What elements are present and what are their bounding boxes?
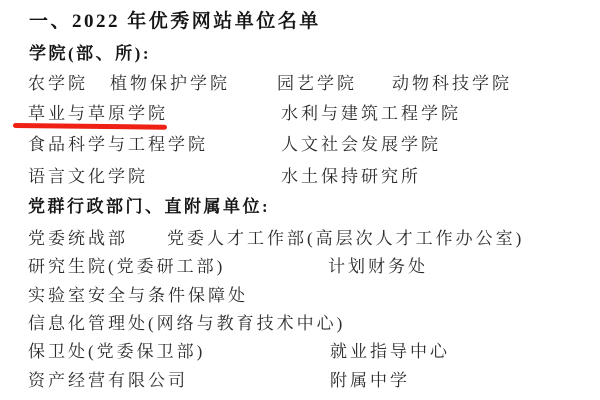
unit-name: 党委统战部 [28,227,128,251]
doc-title-line: 一、2022 年优秀网站单位名单 [0,10,600,34]
department-row: 信息化管理处(网络与教育技术中心) [0,312,600,336]
unit-name: 就业指导中心 [330,340,450,364]
unit-name: 水土保持研究所 [281,165,421,189]
unit-name: 人文社会发展学院 [281,133,441,157]
unit-name: 信息化管理处(网络与教育技术中心) [28,312,345,336]
unit-name: 实验室安全与条件保障处 [28,284,248,308]
department-row: 研究生院(党委研工部) 计划财务处 [0,255,600,279]
document-page: 一、2022 年优秀网站单位名单 学院(部、所): 农学院 植物保护学院 园艺学… [0,0,600,400]
departments-section-heading: 党群行政部门、直附属单位: [28,195,270,219]
unit-name-highlighted: 草业与草原学院 [28,102,168,126]
unit-name: 研究生院(党委研工部) [28,255,225,279]
unit-name: 园艺学院 [277,72,357,96]
college-row: 食品科学与工程学院 人文社会发展学院 [0,133,600,157]
department-row: 实验室安全与条件保障处 [0,284,600,308]
unit-name: 资产经营有限公司 [28,369,188,393]
colleges-section-heading: 学院(部、所): [29,42,151,66]
department-row: 资产经营有限公司 附属中学 [0,369,600,393]
unit-name: 植物保护学院 [110,72,230,96]
colleges-section-heading-line: 学院(部、所): [0,42,600,66]
unit-name: 水利与建筑工程学院 [281,102,461,126]
unit-name: 保卫处(党委保卫部) [28,340,205,364]
departments-section-heading-line: 党群行政部门、直附属单位: [0,195,600,219]
college-row: 语言文化学院 水土保持研究所 [0,165,600,189]
unit-name: 党委人才工作部(高层次人才工作办公室) [167,227,524,251]
college-row: 农学院 植物保护学院 园艺学院 动物科技学院 [0,72,600,96]
unit-name: 农学院 [28,72,88,96]
unit-name: 附属中学 [330,369,410,393]
unit-name: 动物科技学院 [392,72,512,96]
unit-name: 语言文化学院 [28,165,148,189]
doc-title: 一、2022 年优秀网站单位名单 [29,10,321,34]
red-underline-annotation [13,123,167,129]
unit-name: 食品科学与工程学院 [28,133,208,157]
unit-name: 计划财务处 [328,255,428,279]
department-row: 党委统战部 党委人才工作部(高层次人才工作办公室) [0,227,600,251]
college-row: 草业与草原学院 水利与建筑工程学院 [0,102,600,126]
department-row: 保卫处(党委保卫部) 就业指导中心 [0,340,600,364]
